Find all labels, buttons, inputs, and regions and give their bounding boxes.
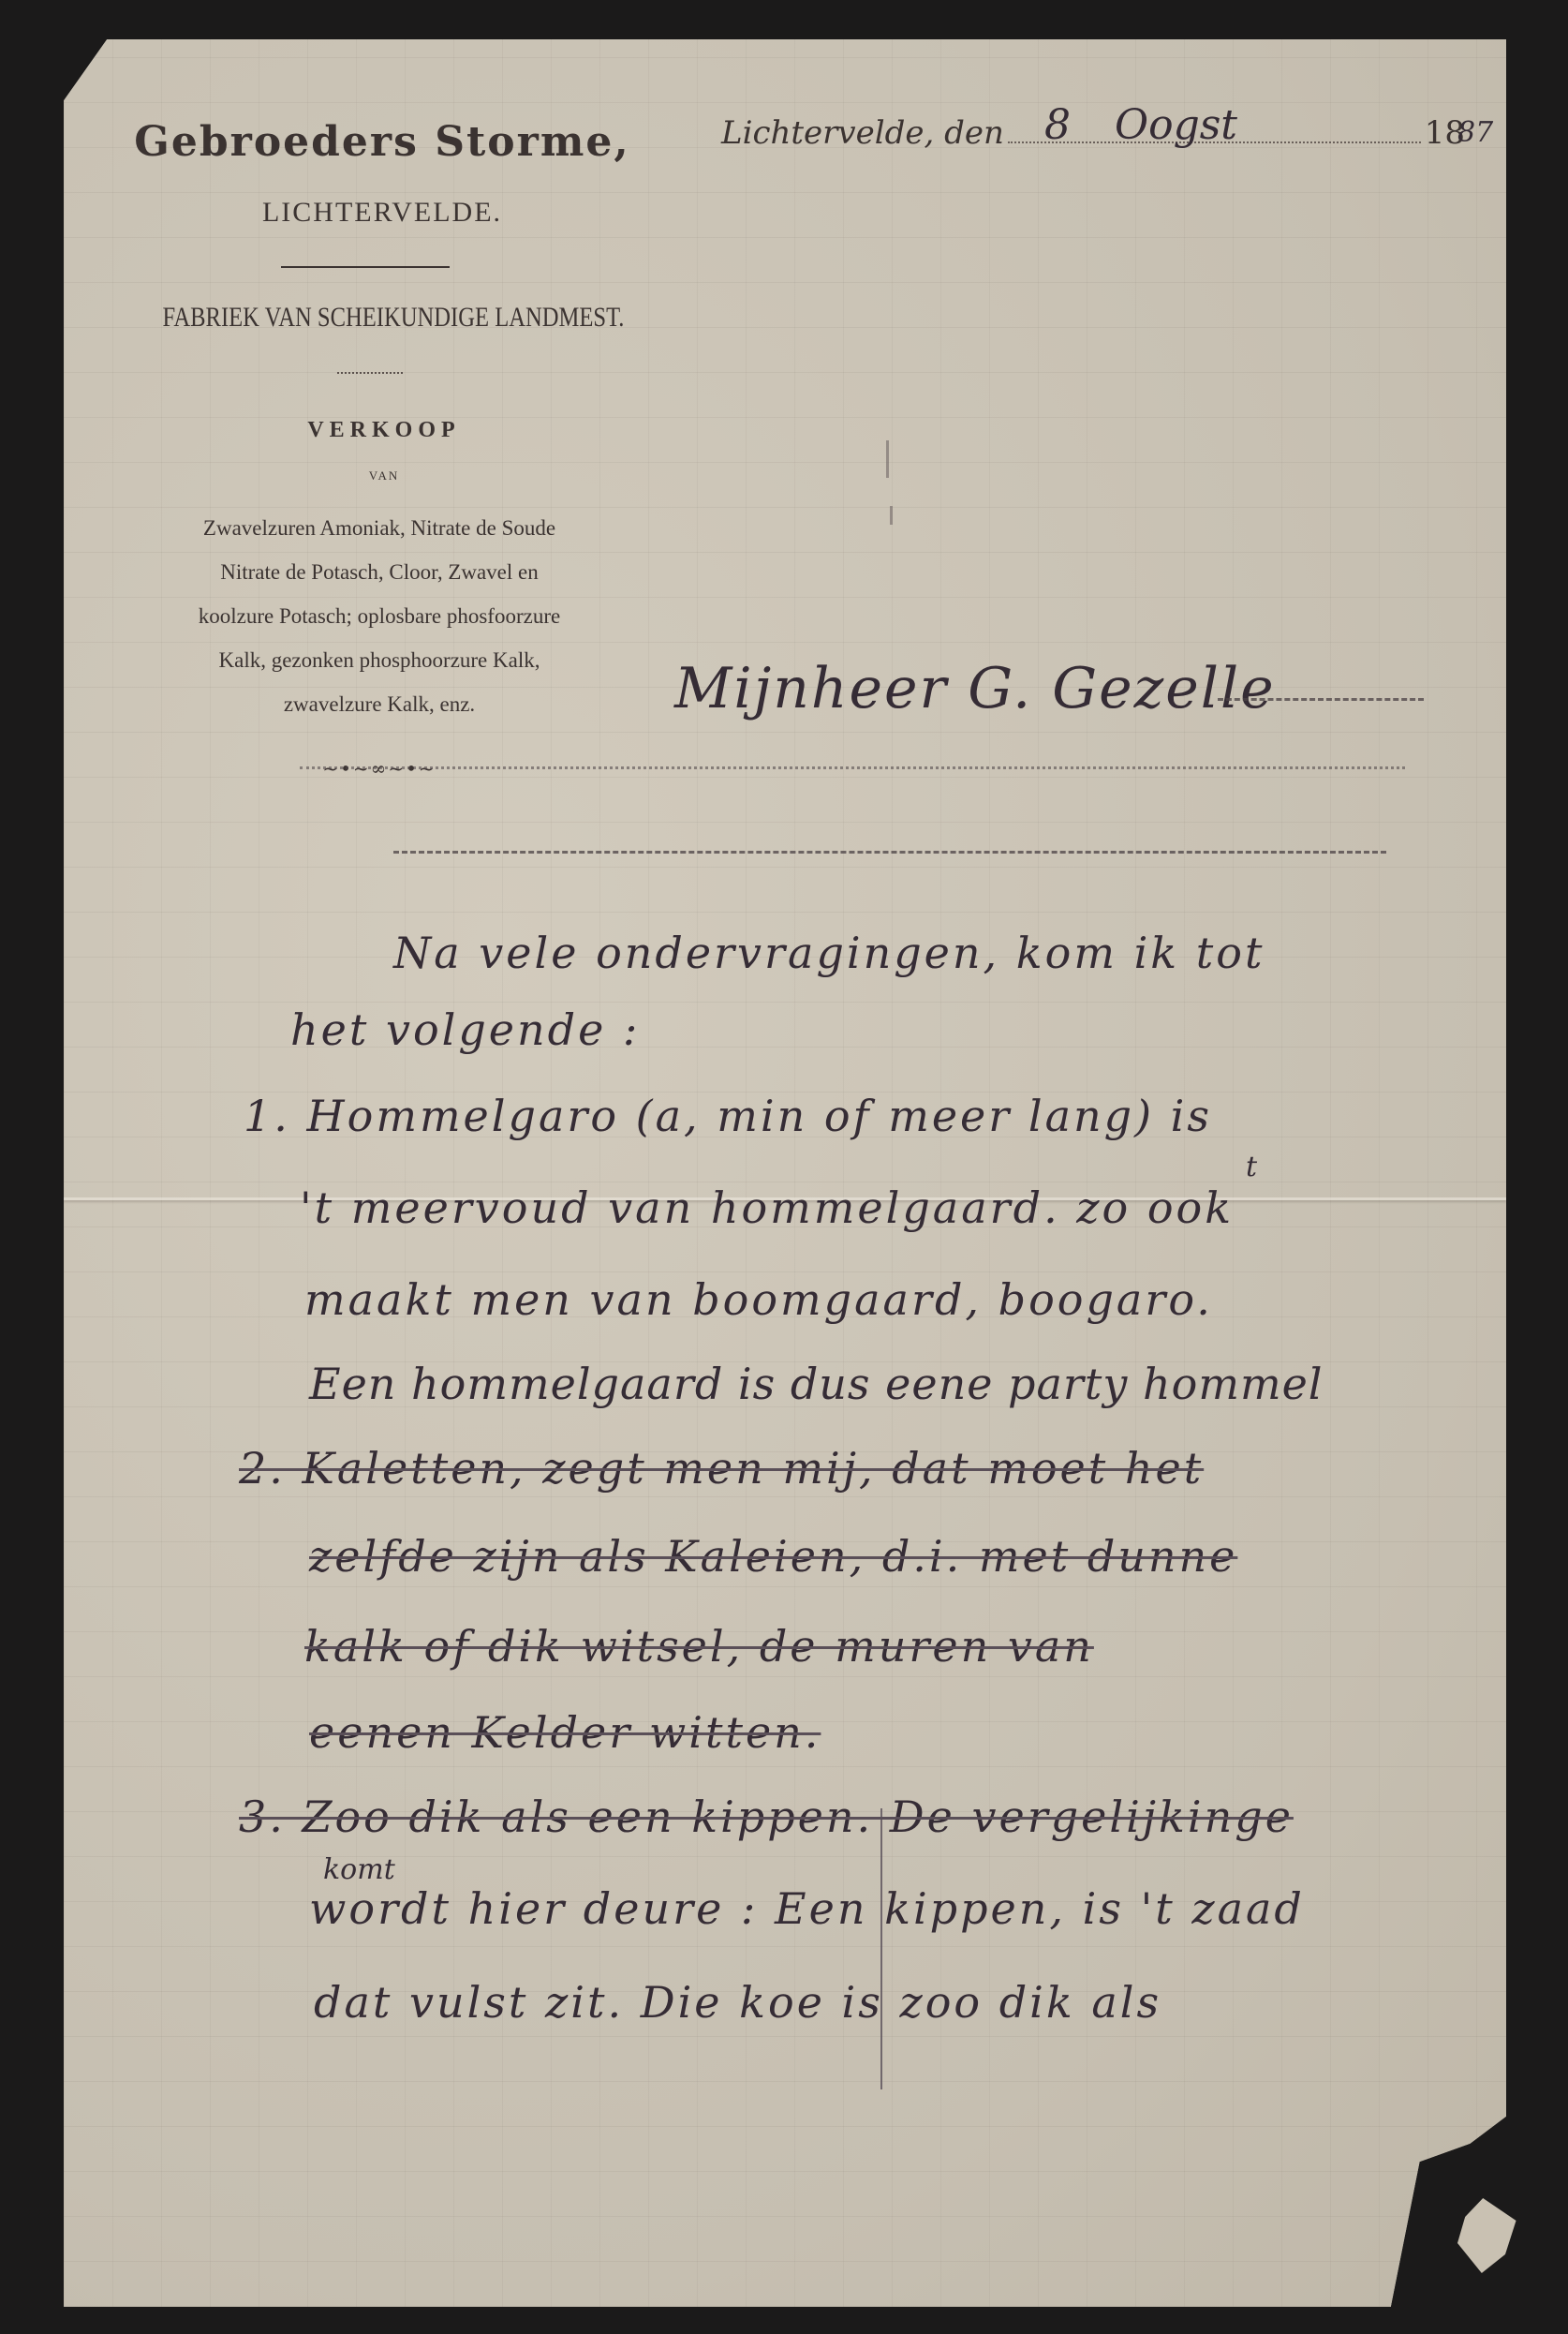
letterhead-dotted-rule [337, 372, 403, 375]
torn-corner-fragment [1457, 2198, 1521, 2273]
dateline-place: Lichtervelde, den [721, 114, 1004, 152]
product-line: koolzure Potasch; oplosbare phosfoorzure [89, 594, 670, 638]
letter-line: dat vulst zit. Die koe is zoo dik als [314, 1977, 1161, 2028]
pencil-mark [890, 506, 893, 525]
letter-line: Een hommelgaard is dus eene party hommel [309, 1359, 1324, 1409]
letter-line: 1. Hommelgaro (a, min of meer lang) is [244, 1091, 1212, 1141]
letter-line: maakt men van boomgaard, boogaro. [304, 1274, 1213, 1325]
letter-line: het volgende : [290, 1004, 640, 1055]
product-line: Zwavelzuren Amoniak, Nitrate de Soude [89, 506, 670, 550]
firm-name: Gebroeders Storme, [120, 118, 644, 166]
sales-heading: VERKOOP [112, 418, 656, 443]
letter-line: wordt hier deure : Een kippen, is 't zaa… [309, 1883, 1305, 1934]
separator-dots [300, 766, 1405, 769]
letter-line-struck: 2. Kaletten, zegt men mij, dat moet het [239, 1443, 1204, 1494]
date-day: 8 [1044, 101, 1071, 149]
letterhead-town: LICHTERVELDE. [120, 197, 644, 229]
salutation-dash [1218, 698, 1424, 701]
date-month: Oogst [1115, 101, 1237, 149]
letter-line: Na vele ondervragingen, kom ik tot [393, 928, 1265, 978]
product-line: zwavelzure Kalk, enz. [89, 682, 670, 726]
date-year-suffix: 87 [1457, 116, 1493, 149]
letterhead-rule [281, 266, 450, 268]
sales-subheading: VAN [112, 468, 656, 483]
letterhead-factory: FABRIEK VAN SCHEIKUNDIGE LANDMEST. [140, 302, 646, 334]
letter-paper [64, 39, 1506, 2307]
letter-line-struck: eenen Kelder witten. [309, 1707, 821, 1758]
letter-line-struck: kalk of dik witsel, de muren van [304, 1621, 1094, 1672]
letter-line-struck: 3. Zoo dik als een kippen. De vergelijki… [239, 1791, 1294, 1842]
pencil-mark [886, 440, 889, 478]
salutation: Mijnheer G. Gezelle [674, 656, 1276, 721]
letter-line-struck: zelfde zijn als Kaleien, d.i. met dunne [309, 1531, 1237, 1582]
letter-line: 't meervoud van hommelgaard. zo ook [300, 1182, 1234, 1233]
product-list: Zwavelzuren Amoniak, Nitrate de Soude Ni… [89, 506, 670, 726]
product-line: Kalk, gezonken phosphoorzure Kalk, [89, 638, 670, 682]
product-line: Nitrate de Potasch, Cloor, Zwavel en [89, 550, 670, 594]
insertion-above-word: komt [323, 1853, 395, 1886]
insertion-mark: t [1246, 1151, 1257, 1183]
separator-dashes [393, 851, 1386, 854]
pencil-vertical-line [880, 1808, 882, 2089]
